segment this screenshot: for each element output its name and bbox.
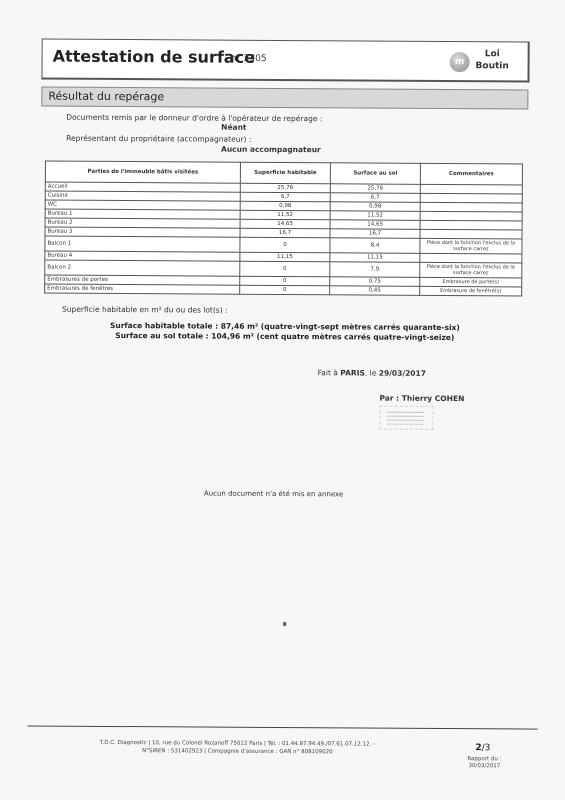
cell-part: Balcon 1 (45, 236, 240, 252)
logo-text: Loi Boutin (476, 48, 509, 72)
cell-part: Embrasures de fenêtres (45, 284, 240, 294)
document-title: Attestation de surface (53, 47, 255, 67)
company-stamp (379, 406, 433, 430)
representative-label: Représentant du propriétaire (accompagna… (66, 134, 251, 144)
header-comments: Commentaires (420, 163, 522, 185)
section-title: Résultat du repérage (48, 90, 164, 104)
document-number: n° 2305 (231, 54, 267, 64)
cell-habitable: 0 (240, 261, 330, 277)
sol-total: Surface au sol totale : 104,96 m² (cent … (110, 331, 460, 343)
summary-label: Superficie habitable en m² du ou des lot… (62, 305, 228, 315)
header-parts: Parties de l'immeuble bâtis visitées (45, 161, 240, 183)
documents-value: Néant (221, 123, 246, 132)
cell-comment: Embrasure de fenêtre(s) (420, 286, 522, 296)
cell-comment: Pièce dont la fonction l'exclus de la su… (420, 262, 522, 278)
page-number: 2/3 (475, 743, 490, 753)
signature-date: 29/03/2017 (379, 369, 426, 378)
totals-block: Surface habitable totale : 87,46 m² (qua… (110, 321, 460, 343)
cell-comment: Pièce dont la fonction l'exclus de la su… (420, 238, 522, 254)
surfaces-table: Parties de l'immeuble bâtis visitées Sup… (44, 161, 523, 297)
annex-note: Aucun document n'a été mis en annexe (204, 490, 343, 499)
scan-speck (283, 622, 286, 626)
header-sol: Surface au sol (330, 163, 420, 185)
report-date: Rapport du : 30/03/2017 (467, 756, 501, 770)
logo-m-icon: m (450, 52, 470, 72)
table-row: Embrasures de fenêtres00,45Embrasure de … (45, 284, 522, 296)
table-body: Accueil25,7625,76Cuisine6,76,7WC0,980,98… (45, 182, 523, 296)
footer-company-info: T.D.C. Diagnostic | 10, rue du Colonel R… (92, 739, 382, 757)
cell-habitable: 0 (240, 285, 330, 295)
document-header: Attestation de surface n° 2305 m Loi Bou… (41, 39, 529, 83)
signature-place-date: Fait à PARIS, le 29/03/2017 (318, 368, 426, 378)
cell-sol: 0,45 (330, 286, 420, 296)
cell-sol: 7,9 (330, 262, 420, 278)
footer-divider (28, 725, 538, 729)
documents-label: Documents remis par le donneur d'ordre à… (66, 113, 322, 124)
cell-sol: 8,4 (330, 238, 420, 254)
document-page: Attestation de surface n° 2305 m Loi Bou… (0, 0, 565, 800)
cell-part: Balcon 2 (45, 260, 240, 276)
signature-by: Par : Thierry COHEN (379, 394, 464, 404)
representative-value: Aucun accompagnateur (221, 145, 321, 155)
cell-habitable: 0 (240, 237, 330, 253)
signature-place: PARIS (340, 368, 365, 377)
header-habitable: Superficie habitable (240, 162, 330, 184)
section-header: Résultat du repérage (41, 87, 528, 110)
loi-boutin-logo: m Loi Boutin (449, 46, 519, 76)
table-header-row: Parties de l'immeuble bâtis visitées Sup… (45, 161, 522, 185)
